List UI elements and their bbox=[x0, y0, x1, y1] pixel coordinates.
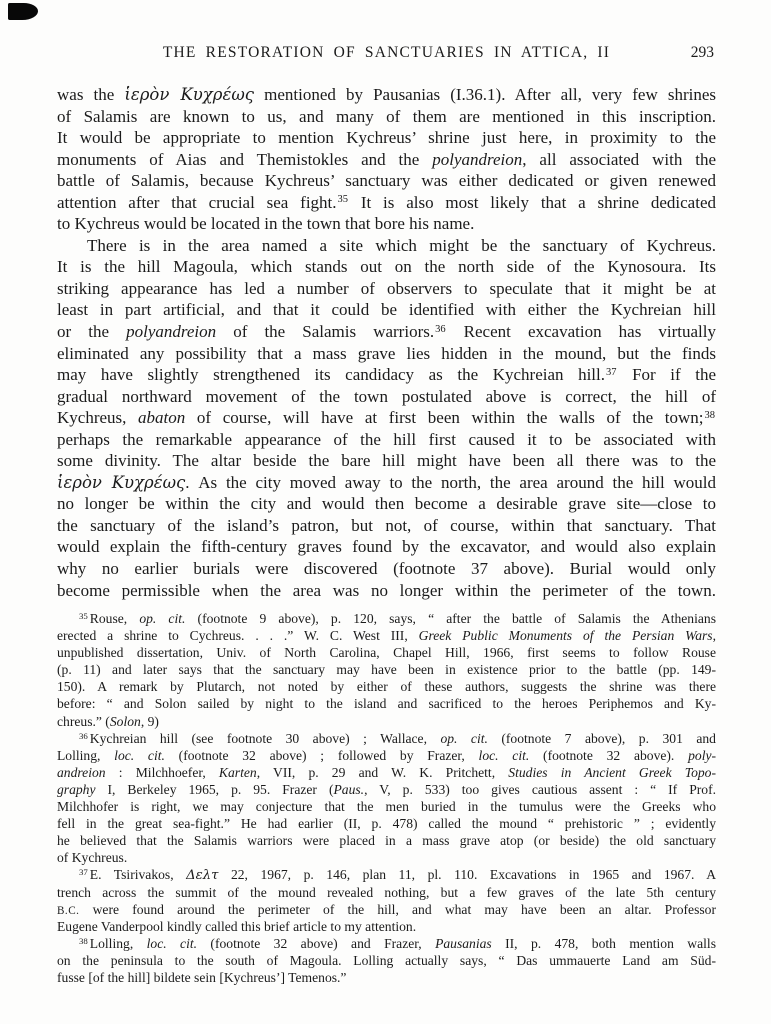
text-segment: eliminated any possibility that a mass g… bbox=[57, 344, 716, 363]
text-line: on the peninsula to the south of Magoula… bbox=[57, 952, 716, 969]
text-line: Kychreus, abaton of course, will have at… bbox=[57, 407, 716, 429]
text-line: least in part artificial, and that it co… bbox=[57, 299, 716, 321]
text-line: ἱερὸν Κυχρέως. As the city moved away to… bbox=[57, 472, 716, 494]
text-segment: , V, p. 533) too gives cautious assent :… bbox=[364, 782, 716, 797]
text-segment: andreion bbox=[57, 765, 106, 780]
text-segment: may have slightly strengthened its candi… bbox=[57, 365, 605, 384]
text-segment: of the Salamis warriors. bbox=[216, 322, 434, 341]
text-segment: were found around the perimeter of the h… bbox=[79, 902, 716, 917]
text-segment: of Kychreus. bbox=[57, 850, 127, 865]
text-segment: Eugene Vanderpool kindly called this bri… bbox=[57, 919, 416, 934]
text-line: 150). A remark by Plutarch, not noted by… bbox=[57, 678, 716, 695]
text-segment: gradual northward movement of the town p… bbox=[57, 387, 716, 406]
text-segment: op. cit. bbox=[139, 611, 185, 626]
text-line: the sanctuary of the island’s patron, bu… bbox=[57, 515, 716, 537]
text-segment: loc. cit. bbox=[479, 748, 530, 763]
text-segment: Rouse, bbox=[90, 611, 140, 626]
text-segment: For if the bbox=[618, 365, 717, 384]
text-segment: abaton bbox=[138, 408, 185, 427]
text-segment: Studies in Ancient Greek Topo- bbox=[508, 765, 716, 780]
text-segment: . As the city moved away to the north, t… bbox=[185, 473, 716, 492]
text-line: become permissible when the area was no … bbox=[57, 580, 716, 602]
text-line: B.C. were found around the perimeter of … bbox=[57, 901, 716, 918]
text-segment: , 9) bbox=[141, 714, 159, 729]
text-line: may have slightly strengthened its candi… bbox=[57, 364, 716, 386]
footnote-36: 36Kychreian hill (see footnote 30 above)… bbox=[57, 730, 716, 867]
text-segment: he believed that the Salamis warriors we… bbox=[57, 833, 716, 848]
text-segment: least in part artificial, and that it co… bbox=[57, 300, 716, 319]
text-line: no longer be within the city and would t… bbox=[57, 493, 716, 515]
text-line: 38Lolling, loc. cit. (footnote 32 above)… bbox=[57, 935, 716, 952]
text-segment: striking appearance has led a number of … bbox=[57, 279, 716, 298]
text-segment: (footnote 9 above), p. 120, says, “ afte… bbox=[185, 611, 716, 626]
text-line: graphy I, Berkeley 1965, p. 95. Frazer (… bbox=[57, 781, 716, 798]
text-segment: It is the hill Magoula, which stands out… bbox=[57, 257, 716, 276]
text-segment: chreus.” ( bbox=[57, 714, 110, 729]
body-paragraph-1: was the ἱερὸν Κυχρέως mentioned by Pausa… bbox=[57, 84, 716, 235]
text-segment: Milchhofer is right, we may conjecture t… bbox=[57, 799, 716, 814]
text-line: why no earlier burials were discovered (… bbox=[57, 558, 716, 580]
text-segment: perhaps the remarkable appearance of the… bbox=[57, 430, 716, 449]
body-text: was the ἱερὸν Κυχρέως mentioned by Pausa… bbox=[57, 84, 716, 601]
footnote-reference: 37 bbox=[79, 867, 90, 877]
footnote-38: 38Lolling, loc. cit. (footnote 32 above)… bbox=[57, 935, 716, 986]
footnote-reference: 36 bbox=[79, 731, 90, 741]
text-segment: Kychreus, bbox=[57, 408, 138, 427]
text-segment: was the bbox=[57, 85, 124, 104]
text-segment: graphy bbox=[57, 782, 96, 797]
text-line: Milchhofer is right, we may conjecture t… bbox=[57, 798, 716, 815]
footnote-reference: 38 bbox=[79, 936, 90, 946]
text-segment: It would be appropriate to mention Kychr… bbox=[57, 128, 716, 147]
text-segment: , VII, p. 29 and W. K. Pritchett, bbox=[257, 765, 509, 780]
text-segment: on the peninsula to the south of Magoula… bbox=[57, 953, 716, 968]
text-segment: E. Tsirivakos, bbox=[90, 867, 186, 882]
text-segment: battle of Salamis, because Kychreus’ san… bbox=[57, 171, 716, 190]
text-line: There is in the area named a site which … bbox=[57, 235, 716, 257]
text-segment: poly- bbox=[688, 748, 716, 763]
text-segment: become permissible when the area was no … bbox=[57, 581, 716, 600]
text-segment: would explain the fifth-century graves f… bbox=[57, 537, 716, 556]
text-line: It would be appropriate to mention Kychr… bbox=[57, 127, 716, 149]
text-line: erected a shrine to Cychreus. . . .” W. … bbox=[57, 627, 716, 644]
text-segment: Paus. bbox=[333, 782, 364, 797]
text-segment: no longer be within the city and would t… bbox=[57, 494, 716, 513]
text-segment: : Milchhoefer, bbox=[106, 765, 219, 780]
text-segment: fusse [of the hill] bildete sein [Kychre… bbox=[57, 970, 346, 985]
text-segment: erected a shrine to Cychreus. . . .” W. … bbox=[57, 628, 419, 643]
text-segment: (footnote 7 above), p. 301 and bbox=[488, 731, 716, 746]
running-title: THE RESTORATION OF SANCTUARIES IN ATTICA… bbox=[57, 44, 716, 62]
text-line: or the polyandreion of the Salamis warri… bbox=[57, 321, 716, 343]
text-segment: why no earlier burials were discovered (… bbox=[57, 559, 716, 578]
text-segment: Karten bbox=[219, 765, 257, 780]
text-segment: of Salamis are known to us, and many of … bbox=[57, 107, 716, 126]
text-segment: 22, 1967, p. 146, plan 11, pl. 110. Exca… bbox=[218, 867, 716, 882]
text-line: of Kychreus. bbox=[57, 849, 716, 866]
text-segment: (footnote 32 above) and Frazer, bbox=[197, 936, 435, 951]
text-line: (p. 11) and later says that the sanctuar… bbox=[57, 661, 716, 678]
text-segment: Greek Public Monuments of the Persian Wa… bbox=[419, 628, 713, 643]
text-segment: monuments of Aias and Themistokles and t… bbox=[57, 150, 432, 169]
text-line: 37E. Tsirivakos, Δελτ 22, 1967, p. 146, … bbox=[57, 866, 716, 883]
text-segment: loc. cit. bbox=[147, 936, 197, 951]
text-segment: B.C. bbox=[57, 905, 79, 917]
text-line: would explain the fifth-century graves f… bbox=[57, 536, 716, 558]
text-segment: trench across the summit of the mound re… bbox=[57, 885, 716, 900]
text-line: It is the hill Magoula, which stands out… bbox=[57, 256, 716, 278]
text-segment: fell in the great sea-fight.” He had ear… bbox=[57, 816, 716, 831]
text-line: 36Kychreian hill (see footnote 30 above)… bbox=[57, 730, 716, 747]
text-line: unpublished dissertation, Univ. of North… bbox=[57, 644, 716, 661]
text-line: battle of Salamis, because Kychreus’ san… bbox=[57, 170, 716, 192]
text-segment: Lolling, bbox=[90, 936, 147, 951]
text-segment: (p. 11) and later says that the sanctuar… bbox=[57, 662, 716, 677]
footnote-reference: 35 bbox=[337, 194, 350, 205]
text-line: monuments of Aias and Themistokles and t… bbox=[57, 149, 716, 171]
text-line: Eugene Vanderpool kindly called this bri… bbox=[57, 918, 716, 935]
text-segment: (footnote 32 above) ; followed by Frazer… bbox=[165, 748, 479, 763]
text-segment: or the bbox=[57, 322, 126, 341]
text-line: before: “ and Solon sailed by night to t… bbox=[57, 695, 716, 712]
text-line: of Salamis are known to us, and many of … bbox=[57, 106, 716, 128]
text-segment: some divinity. The altar beside the bare… bbox=[57, 451, 716, 470]
footnote-reference: 36 bbox=[434, 324, 447, 335]
text-line: he believed that the Salamis warriors we… bbox=[57, 832, 716, 849]
text-segment: , bbox=[713, 628, 716, 643]
text-line: trench across the summit of the mound re… bbox=[57, 884, 716, 901]
footnotes-section: 35Rouse, op. cit. (footnote 9 above), p.… bbox=[57, 610, 716, 986]
footnote-reference: 35 bbox=[79, 611, 90, 621]
text-line: perhaps the remarkable appearance of the… bbox=[57, 429, 716, 451]
text-line: fusse [of the hill] bildete sein [Kychre… bbox=[57, 969, 716, 986]
scan-artifact bbox=[8, 3, 38, 20]
scanned-page: { "header": { "title": "THE RESTORATION … bbox=[0, 0, 771, 1024]
text-line: striking appearance has led a number of … bbox=[57, 278, 716, 300]
text-segment: Δελτ bbox=[186, 868, 218, 883]
footnote-reference: 38 bbox=[704, 410, 717, 421]
text-segment: Solon bbox=[110, 714, 141, 729]
text-segment: It is also most likely that a shrine ded… bbox=[349, 193, 716, 212]
text-segment: (footnote 32 above). bbox=[529, 748, 688, 763]
text-segment: Lolling, bbox=[57, 748, 114, 763]
body-paragraph-2: There is in the area named a site which … bbox=[57, 235, 716, 601]
text-segment: Kychreian hill (see footnote 30 above) ;… bbox=[90, 731, 441, 746]
text-line: 35Rouse, op. cit. (footnote 9 above), p.… bbox=[57, 610, 716, 627]
text-segment: ἱερὸν Κυχρέως bbox=[57, 473, 185, 492]
text-segment: loc. cit. bbox=[114, 748, 165, 763]
text-segment: mentioned by Pausanias (I.36.1). After a… bbox=[254, 85, 716, 104]
text-line: chreus.” (Solon, 9) bbox=[57, 713, 716, 730]
text-segment: Recent excavation has virtually bbox=[447, 322, 716, 341]
text-segment: op. cit. bbox=[440, 731, 487, 746]
text-segment: attention after that crucial sea fight. bbox=[57, 193, 337, 212]
text-segment: polyandreion bbox=[432, 150, 522, 169]
text-segment: polyandreion bbox=[126, 322, 216, 341]
footnote-37: 37E. Tsirivakos, Δελτ 22, 1967, p. 146, … bbox=[57, 866, 716, 934]
text-line: was the ἱερὸν Κυχρέως mentioned by Pausa… bbox=[57, 84, 716, 106]
text-segment: , all associated with the bbox=[522, 150, 716, 169]
footnote-reference: 37 bbox=[605, 367, 618, 378]
page-header: THE RESTORATION OF SANCTUARIES IN ATTICA… bbox=[57, 44, 716, 62]
text-line: gradual northward movement of the town p… bbox=[57, 386, 716, 408]
text-line: fell in the great sea-fight.” He had ear… bbox=[57, 815, 716, 832]
text-segment: to Kychreus would be located in the town… bbox=[57, 214, 474, 233]
text-segment: Pausanias bbox=[435, 936, 492, 951]
text-line: some divinity. The altar beside the bare… bbox=[57, 450, 716, 472]
text-segment: before: “ and Solon sailed by night to t… bbox=[57, 696, 716, 711]
page-number: 293 bbox=[691, 44, 714, 62]
text-segment: II, p. 478, both mention walls bbox=[492, 936, 716, 951]
text-line: Lolling, loc. cit. (footnote 32 above) ;… bbox=[57, 747, 716, 764]
text-segment: There is in the area named a site which … bbox=[87, 236, 716, 255]
text-segment: 150). A remark by Plutarch, not noted by… bbox=[57, 679, 716, 694]
text-line: eliminated any possibility that a mass g… bbox=[57, 343, 716, 365]
text-segment: I, Berkeley 1965, p. 95. Frazer ( bbox=[96, 782, 334, 797]
text-line: andreion : Milchhoefer, Karten, VII, p. … bbox=[57, 764, 716, 781]
text-line: to Kychreus would be located in the town… bbox=[57, 213, 716, 235]
footnote-35: 35Rouse, op. cit. (footnote 9 above), p.… bbox=[57, 610, 716, 730]
text-segment: ἱερὸν Κυχρέως bbox=[124, 85, 254, 104]
text-line: attention after that crucial sea fight.3… bbox=[57, 192, 716, 214]
text-segment: the sanctuary of the island’s patron, bu… bbox=[57, 516, 716, 535]
text-segment: of course, will have at first been withi… bbox=[185, 408, 703, 427]
text-segment: unpublished dissertation, Univ. of North… bbox=[57, 645, 716, 660]
